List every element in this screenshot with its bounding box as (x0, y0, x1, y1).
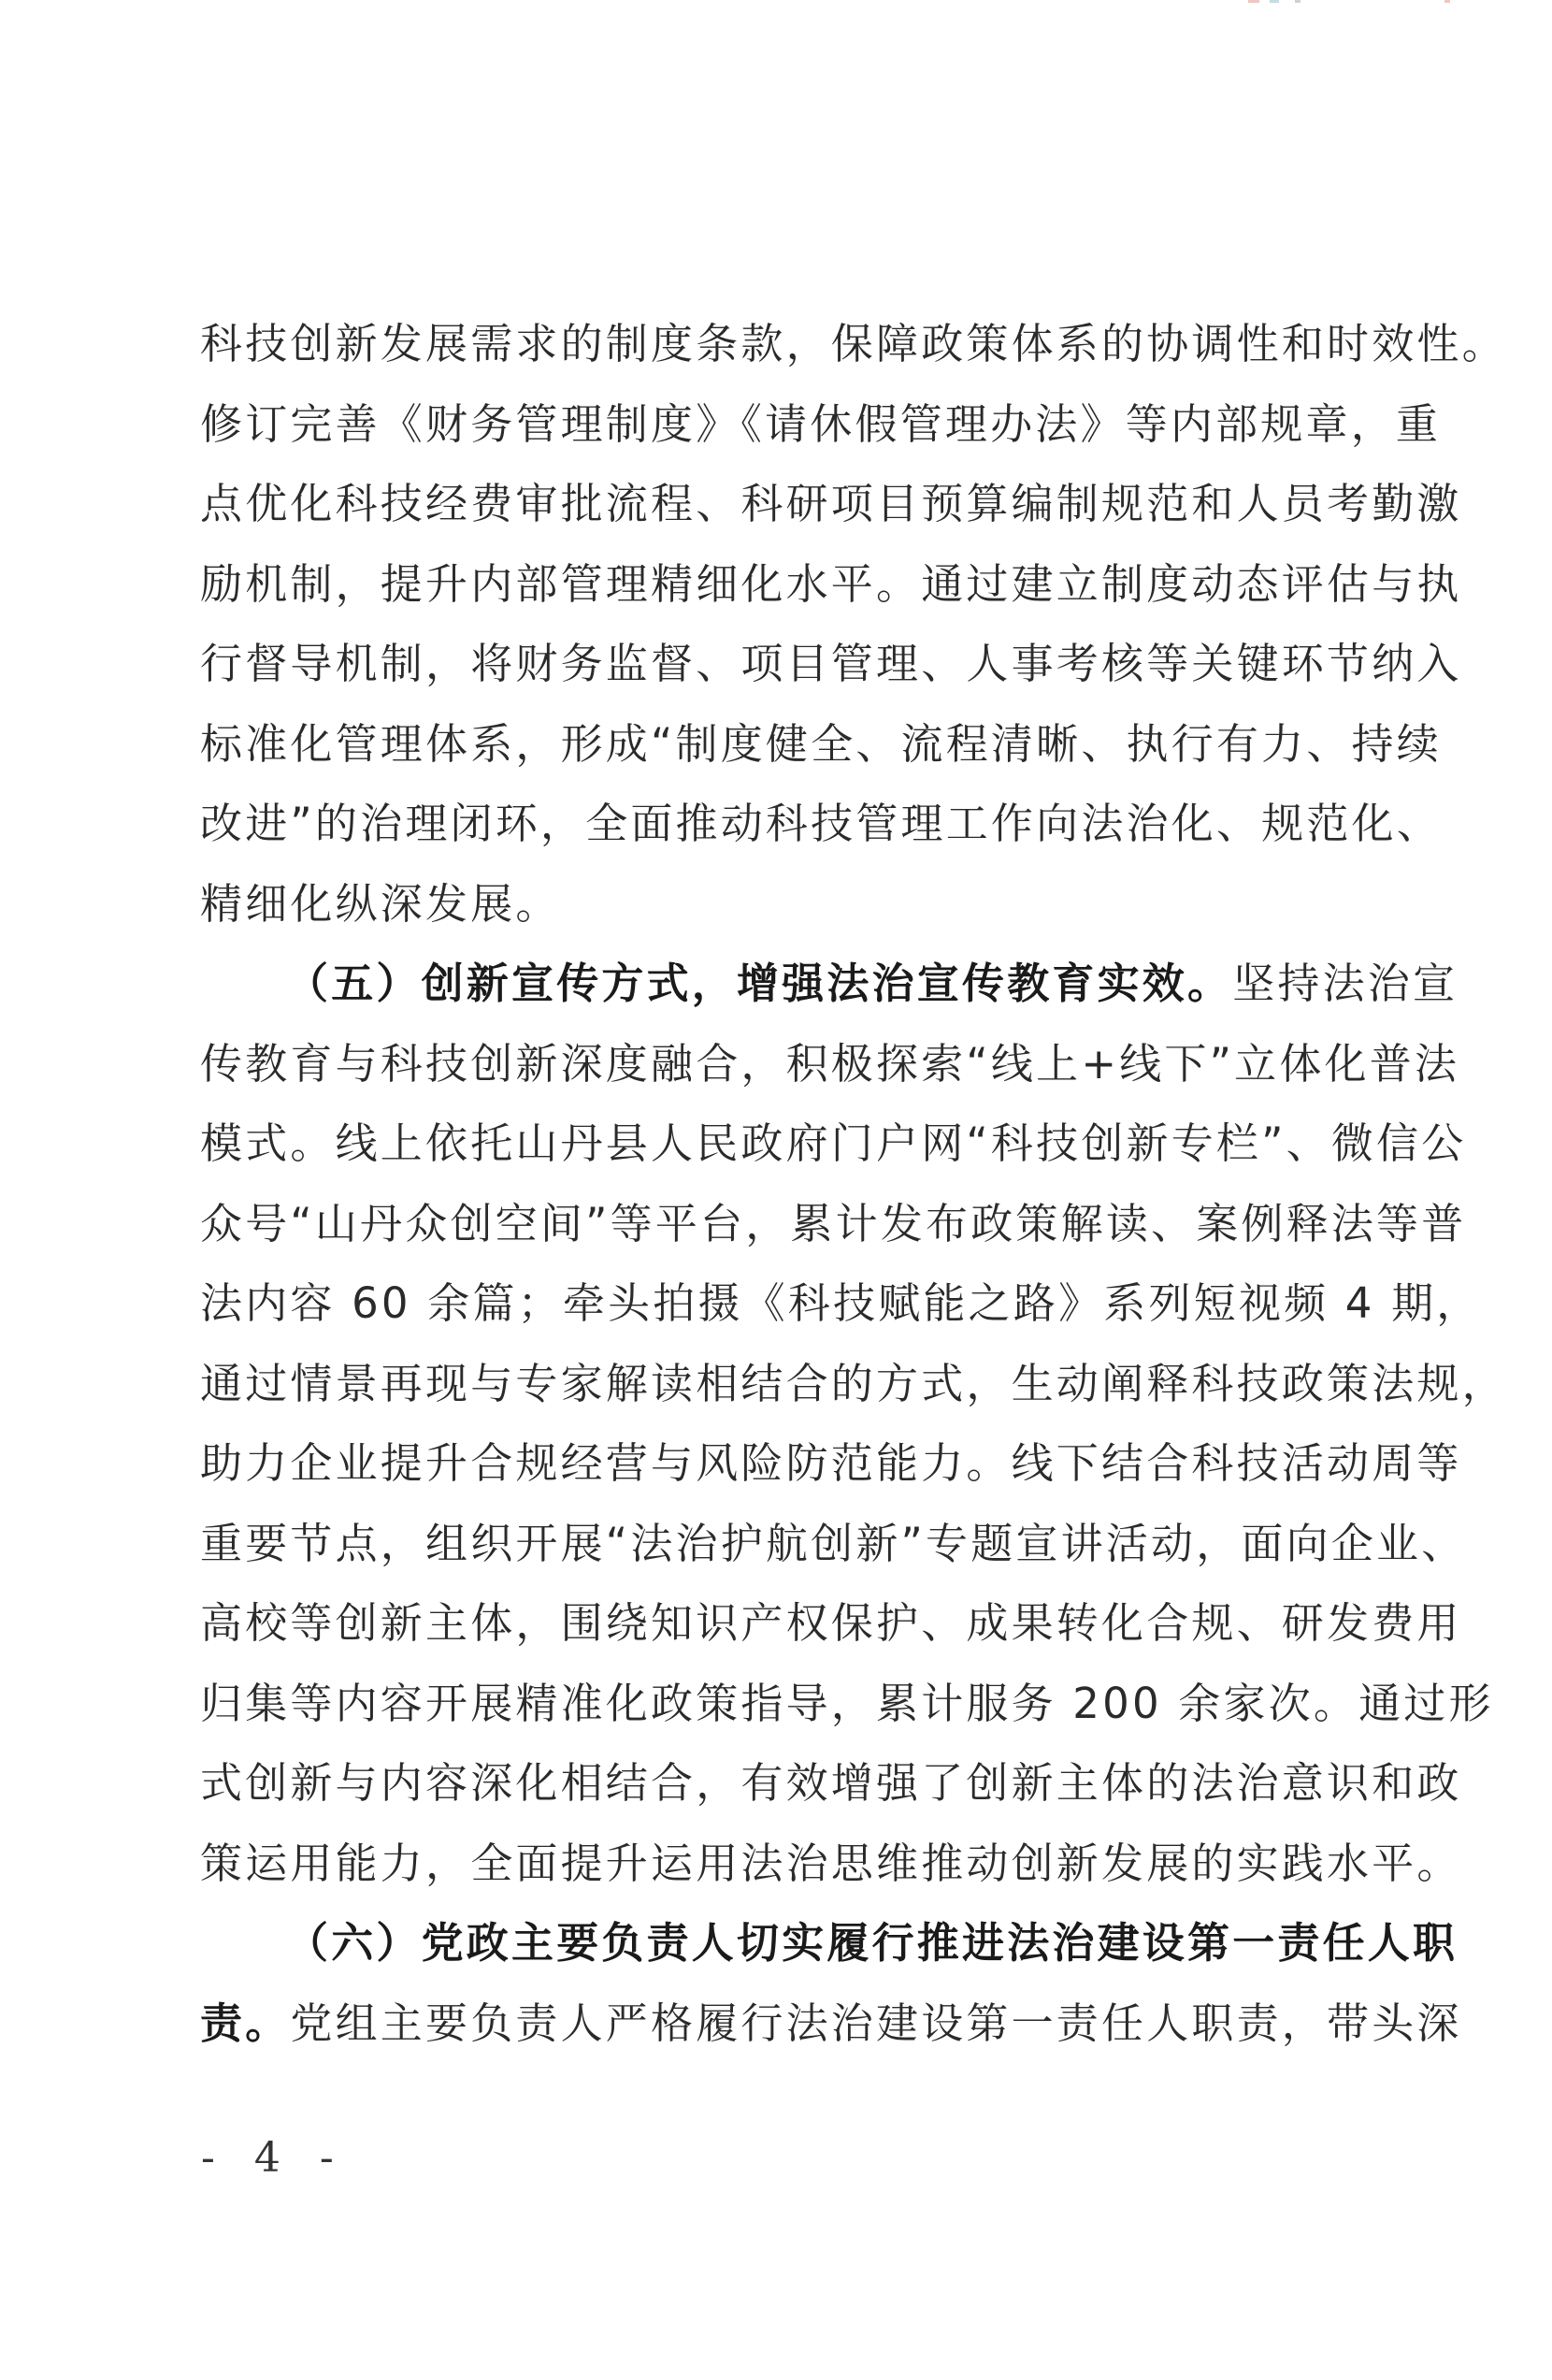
text-line: 精细化纵深发展。 (200, 876, 1354, 957)
paragraph-continuation: 科技创新发展需求的制度条款，保障政策体系的协调性和时效性。 修订完善《财务管理制… (200, 316, 1354, 956)
text-line: 助力企业提升合规经营与风险防范能力。线下结合科技活动周等 (200, 1435, 1354, 1516)
document-body: 科技创新发展需求的制度条款，保障政策体系的协调性和时效性。 修订完善《财务管理制… (200, 316, 1354, 2075)
section-6-heading: （六）党政主要负责人切实履行推进法治建设第一责任人职 (200, 1915, 1354, 1996)
section-6-text: 党组主要负责人严格履行法治建设第一责任人职责，带头深 (290, 1998, 1461, 2048)
text-line: 科技创新发展需求的制度条款，保障政策体系的协调性和时效性。 (200, 316, 1354, 397)
document-page: 科技创新发展需求的制度条款，保障政策体系的协调性和时效性。 修订完善《财务管理制… (0, 0, 1552, 2380)
section-6-second-line: 责。党组主要负责人严格履行法治建设第一责任人职责，带头深 (200, 1996, 1354, 2076)
text-line: 策运用能力，全面提升运用法治思维推动创新发展的实践水平。 (200, 1836, 1354, 1916)
page-number: - 4 - (201, 2134, 347, 2182)
section-5-paragraph: （五）创新宣传方式，增强法治宣传教育实效。坚持法治宣 传教育与科技创新深度融合，… (200, 956, 1354, 1915)
section-5-first-line-text: 坚持法治宣 (1232, 959, 1458, 1008)
text-line: 式创新与内容深化相结合，有效增强了创新主体的法治意识和政 (200, 1755, 1354, 1836)
text-line: 众号“山丹众创空间”等平台，累计发布政策解读、案例释法等普 (200, 1196, 1354, 1277)
text-line: 行督导机制，将财务监督、项目管理、人事考核等关键环节纳入 (200, 636, 1354, 716)
text-line: 传教育与科技创新深度融合，积极探索“线上+线下”立体化普法 (200, 1036, 1354, 1117)
section-6-heading-end: 责。 (200, 1998, 290, 2048)
text-line: 法内容 60 余篇；牵头拍摄《科技赋能之路》系列短视频 4 期， (200, 1276, 1354, 1356)
section-6-paragraph: （六）党政主要负责人切实履行推进法治建设第一责任人职 责。党组主要负责人严格履行… (200, 1915, 1354, 2075)
text-line: 归集等内容开展精准化政策指导，累计服务 200 余家次。通过形 (200, 1676, 1354, 1756)
text-line: 修订完善《财务管理制度》《请休假管理办法》等内部规章，重 (200, 397, 1354, 477)
section-5-heading: （五）创新宣传方式，增强法治宣传教育实效。 (286, 959, 1232, 1008)
text-line: 模式。线上依托山丹县人民政府门户网“科技创新专栏”、微信公 (200, 1116, 1354, 1196)
text-line: 标准化管理体系，形成“制度健全、流程清晰、执行有力、持续 (200, 716, 1354, 797)
text-line: 高校等创新主体，围绕知识产权保护、成果转化合规、研发费用 (200, 1595, 1354, 1676)
text-line: 通过情景再现与专家解读相结合的方式，生动阐释科技政策法规， (200, 1356, 1354, 1436)
scan-edge-artifacts (0, 0, 1552, 6)
text-line: 重要节点，组织开展“法治护航创新”专题宣讲活动，面向企业、 (200, 1516, 1354, 1596)
section-5-first-line: （五）创新宣传方式，增强法治宣传教育实效。坚持法治宣 (200, 956, 1354, 1036)
text-line: 点优化科技经费审批流程、科研项目预算编制规范和人员考勤激 (200, 476, 1354, 556)
text-line: 改进”的治理闭环，全面推动科技管理工作向法治化、规范化、 (200, 796, 1354, 876)
text-line: 励机制，提升内部管理精细化水平。通过建立制度动态评估与执 (200, 556, 1354, 637)
